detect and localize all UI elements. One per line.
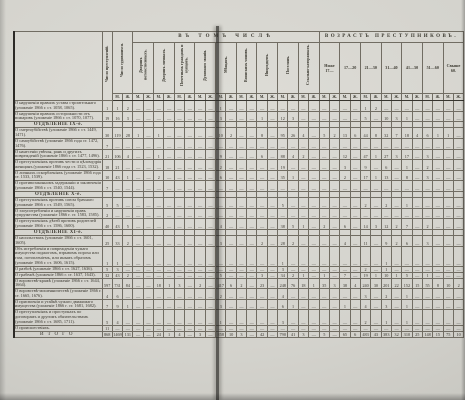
cell: — <box>298 198 308 209</box>
cell: 4 <box>123 149 133 160</box>
cell: — <box>123 160 133 171</box>
scanned-page: Число преступленій. Число судившихся. ВЪ… <box>0 0 465 400</box>
cell: 1 <box>371 149 381 160</box>
cell: — <box>309 149 320 160</box>
cell: 3 <box>422 170 432 181</box>
cell: — <box>143 170 153 181</box>
female-subcolumn-header: Ж. <box>350 94 360 101</box>
cell: — <box>236 138 246 149</box>
cell: 2 <box>381 289 391 300</box>
cell: — <box>350 310 360 325</box>
cell: — <box>112 208 122 219</box>
male-subcolumn-header: М. <box>278 94 288 101</box>
cell: — <box>133 160 143 171</box>
cell: 4 <box>278 289 288 300</box>
cell: — <box>381 208 391 219</box>
cell: — <box>267 219 277 230</box>
cell: 88 <box>278 149 288 160</box>
cell: 1 <box>381 310 391 325</box>
column-header-age: 41—50 <box>402 42 423 93</box>
header-top-row: Число преступленій. Число судившихся. ВЪ… <box>14 32 464 43</box>
cell: — <box>298 111 308 122</box>
cell: — <box>391 101 401 112</box>
cell: — <box>381 181 391 192</box>
cell: — <box>350 208 360 219</box>
cell: 3 <box>391 111 401 122</box>
cell: — <box>164 101 174 112</box>
cell: — <box>205 219 215 230</box>
cell: — <box>226 138 236 149</box>
cell: — <box>247 198 257 209</box>
cell: — <box>195 236 205 247</box>
cell: — <box>443 149 453 160</box>
cell: — <box>412 198 422 209</box>
cell: — <box>205 236 215 247</box>
column-header-class: Инородцевъ. <box>257 42 278 93</box>
cell: 6 <box>340 219 350 230</box>
cell: — <box>154 181 164 192</box>
cell: — <box>257 101 267 112</box>
cell: — <box>350 198 360 209</box>
cell: — <box>329 208 339 219</box>
cell: — <box>226 219 236 230</box>
cell: — <box>185 111 195 122</box>
cell: 3 <box>360 289 370 300</box>
cell: — <box>185 149 195 160</box>
cell: — <box>360 208 370 219</box>
cell: — <box>247 181 257 192</box>
total-row: ИТОГО8681469131——2414—3—858103—42—790413… <box>14 331 464 338</box>
cell: — <box>298 181 308 192</box>
col-header-num-tried: Число судившихся. <box>112 32 133 94</box>
cell: — <box>226 149 236 160</box>
cell: 152 <box>402 278 412 289</box>
total-cell: — <box>133 331 143 338</box>
cell: — <box>133 181 143 192</box>
cell: — <box>236 198 246 209</box>
page-fold-line <box>216 26 219 400</box>
cell: — <box>174 246 184 266</box>
cell: — <box>433 219 443 230</box>
total-cell: 383 <box>381 331 391 338</box>
cell: 11 <box>360 236 370 247</box>
cell: 27 <box>381 149 391 160</box>
cell: 2 <box>195 278 205 289</box>
cell: — <box>195 101 205 112</box>
column-header-age-label: Свыше 60. <box>446 63 460 73</box>
column-header-age: 31—40 <box>381 42 402 93</box>
cell: — <box>371 198 381 209</box>
table-row: О воровствѣ-кражѣ (уложеніе 1866 г. ст. … <box>14 278 464 289</box>
cell: — <box>226 310 236 325</box>
cell: — <box>236 149 246 160</box>
cell: 5 <box>102 310 112 325</box>
female-subcolumn-header: Ж. <box>164 94 174 101</box>
cell: — <box>133 101 143 112</box>
total-cell: 3 <box>195 331 205 338</box>
cell: — <box>278 181 288 192</box>
cell: — <box>257 138 267 149</box>
table-row: О противозаконномъ задержаніи и заключен… <box>14 181 464 192</box>
col-header-num-tried-label: Число судившихся. <box>120 32 125 88</box>
row-label: О воровствѣ-кражѣ (уложеніе 1866 г. ст. … <box>14 278 102 289</box>
cell: 1 <box>154 149 164 160</box>
cell: — <box>195 128 205 139</box>
cell: 3 <box>381 299 391 310</box>
cell: — <box>226 170 236 181</box>
row-label: О самоубійствѣ (уложеніе 1866 года ст. 1… <box>14 138 102 149</box>
cell: — <box>360 181 370 192</box>
cell: — <box>174 160 184 171</box>
total-cell: 1469 <box>112 331 122 338</box>
cell: — <box>443 208 453 219</box>
cell: — <box>185 101 195 112</box>
cell: 1 <box>154 128 164 139</box>
cell: — <box>247 246 257 266</box>
row-label: О разбоѣ (уложеніе 1866 г. ст. 1627, 163… <box>14 266 102 272</box>
cell: — <box>164 299 174 310</box>
cell: 5 <box>112 198 122 209</box>
cell: — <box>412 236 422 247</box>
cell: — <box>154 111 164 122</box>
cell: — <box>143 181 153 192</box>
row-label: О воровствѣ-мошенничествѣ (уложеніе 1866… <box>14 289 102 300</box>
cell: 8 <box>402 170 412 181</box>
total-cell: 10 <box>226 331 236 338</box>
cell: 28 <box>278 236 288 247</box>
statistics-table: Число преступленій. Число судившихся. ВЪ… <box>13 31 464 338</box>
cell: — <box>185 236 195 247</box>
cell: — <box>340 111 350 122</box>
cell: — <box>433 299 443 310</box>
cell: — <box>185 198 195 209</box>
group-header-classes: ВЪ ТОМЪ ЧИСЛѢ <box>133 32 319 43</box>
table-row: О нанесеніи увѣчья, ранъ и другихъ повре… <box>14 149 464 160</box>
cell: — <box>319 198 329 209</box>
cell: — <box>422 138 432 149</box>
cell: — <box>205 246 215 266</box>
cell: — <box>298 160 308 171</box>
cell: — <box>205 101 215 112</box>
col-header-num-crimes-label: Число преступленій. <box>105 36 110 92</box>
cell: — <box>185 170 195 181</box>
cell: — <box>195 181 205 192</box>
cell: — <box>309 101 320 112</box>
cell: 10 <box>102 170 112 181</box>
cell: — <box>433 101 443 112</box>
cell: — <box>174 128 184 139</box>
cell: — <box>236 246 246 266</box>
cell: — <box>257 170 267 181</box>
cell: — <box>236 170 246 181</box>
cell: — <box>174 170 184 181</box>
cell: — <box>257 198 267 209</box>
cell: 8 <box>433 278 443 289</box>
cell: — <box>288 246 298 266</box>
cell: — <box>329 138 339 149</box>
total-cell: 4 <box>174 331 184 338</box>
cell: — <box>433 160 443 171</box>
cell: — <box>143 236 153 247</box>
cell: — <box>443 299 453 310</box>
column-header-age: 17—20 <box>340 42 361 93</box>
cell: 2 <box>257 236 267 247</box>
total-cell: 131 <box>123 331 133 338</box>
cell: — <box>371 246 381 266</box>
cell: 1 <box>102 246 112 266</box>
cell: 33 <box>112 236 122 247</box>
cell: 5 <box>123 219 133 230</box>
cell: 18 <box>402 128 412 139</box>
cell: — <box>164 246 174 266</box>
total-label: ИТОГО <box>14 331 102 338</box>
cell: — <box>391 181 401 192</box>
cell: — <box>226 208 236 219</box>
cell: — <box>350 111 360 122</box>
cell: — <box>195 111 205 122</box>
cell: — <box>143 128 153 139</box>
cell: 30 <box>371 278 381 289</box>
cell: — <box>443 310 453 325</box>
cell: — <box>123 208 133 219</box>
cell: — <box>412 138 422 149</box>
cell: — <box>205 160 215 171</box>
cell: — <box>185 208 195 219</box>
cell: — <box>164 128 174 139</box>
cell: — <box>391 289 401 300</box>
cell: 2 <box>360 198 370 209</box>
cell: — <box>143 219 153 230</box>
cell: — <box>360 138 370 149</box>
cell: 95 <box>278 128 288 139</box>
cell: — <box>226 181 236 192</box>
cell: 1 <box>164 278 174 289</box>
cell: 6 <box>402 236 412 247</box>
total-cell: 483 <box>360 331 370 338</box>
cell: 16 <box>112 111 122 122</box>
cell: 9 <box>360 160 370 171</box>
cell: — <box>226 160 236 171</box>
cell: — <box>164 111 174 122</box>
cell: — <box>164 208 174 219</box>
cell: — <box>195 208 205 219</box>
cell: — <box>329 170 339 181</box>
cell: — <box>329 219 339 230</box>
cell: — <box>309 236 320 247</box>
cell: — <box>329 299 339 310</box>
cell: — <box>164 138 174 149</box>
cell: — <box>143 299 153 310</box>
cell: — <box>267 299 277 310</box>
cell: — <box>247 138 257 149</box>
cell: — <box>371 236 381 247</box>
cell: — <box>123 138 133 149</box>
cell: — <box>247 149 257 160</box>
cell: — <box>319 289 329 300</box>
cell: — <box>257 208 267 219</box>
cell: — <box>195 219 205 230</box>
cell: — <box>340 246 350 266</box>
total-cell: — <box>205 331 215 338</box>
cell: 8 <box>371 128 381 139</box>
cell: — <box>360 246 370 266</box>
cell: 40 <box>102 219 112 230</box>
cell: — <box>185 289 195 300</box>
cell: — <box>164 236 174 247</box>
female-subcolumn-header: Ж. <box>267 94 277 101</box>
cell: — <box>236 299 246 310</box>
cell: — <box>350 149 360 160</box>
cell: — <box>247 160 257 171</box>
cell: 106 <box>112 149 122 160</box>
cell: — <box>267 170 277 181</box>
female-subcolumn-header: Ж. <box>205 94 215 101</box>
cell: — <box>319 299 329 310</box>
cell: — <box>133 278 143 289</box>
cell: — <box>267 278 277 289</box>
cell: 1 <box>123 299 133 310</box>
cell: — <box>319 101 329 112</box>
cell: 2 <box>391 236 401 247</box>
column-header-class-label: Духовнаго званія. <box>203 44 208 86</box>
cell: — <box>236 101 246 112</box>
cell: — <box>422 101 432 112</box>
total-cell: — <box>309 331 320 338</box>
cell: — <box>433 138 443 149</box>
cell: 21 <box>112 160 122 171</box>
cell: — <box>298 310 308 325</box>
cell: — <box>319 208 329 219</box>
column-header-class-label: Дворянъ потомственныхъ. <box>139 44 148 86</box>
table-row: О нарушеніи правилъ устава строительнаго… <box>14 101 464 112</box>
cell: — <box>319 310 329 325</box>
column-header-class-label: Дворянъ личныхъ. <box>162 44 167 86</box>
total-cell: — <box>185 331 195 338</box>
row-label: О противозаконномъ задержаніи и заключен… <box>14 181 102 192</box>
cell: 35 <box>319 278 329 289</box>
cell: — <box>195 160 205 171</box>
cell: — <box>422 198 432 209</box>
cell: 1 <box>112 246 122 266</box>
cell: 2 <box>422 219 432 230</box>
table-row: О воровствѣ-мошенничествѣ (уложеніе 1866… <box>14 289 464 300</box>
cell: — <box>267 160 277 171</box>
cell: — <box>391 246 401 266</box>
cell: — <box>298 138 308 149</box>
cell: — <box>154 208 164 219</box>
cell: — <box>319 181 329 192</box>
cell: 12 <box>278 111 288 122</box>
column-header-age: 51—60 <box>422 42 443 93</box>
cell: — <box>412 289 422 300</box>
total-cell: — <box>247 331 257 338</box>
cell: — <box>133 299 143 310</box>
male-subcolumn-header: М. <box>381 94 391 101</box>
female-subcolumn-header: Ж. <box>329 94 339 101</box>
column-header-age-label: 21—30 <box>364 65 378 70</box>
cell: — <box>278 101 288 112</box>
cell: — <box>371 111 381 122</box>
cell: 3 <box>329 278 339 289</box>
cell: — <box>112 138 122 149</box>
cell: — <box>309 289 320 300</box>
cell: — <box>422 299 432 310</box>
cell: — <box>288 138 298 149</box>
cell: 6 <box>278 299 288 310</box>
cell: — <box>236 310 246 325</box>
cell: — <box>433 289 443 300</box>
cell: 1 <box>288 299 298 310</box>
column-header-age: 21—30 <box>360 42 381 93</box>
cell: 1 <box>360 101 370 112</box>
male-subcolumn-header: М. <box>133 94 143 101</box>
cell: — <box>433 208 443 219</box>
row-label: О насильствахъ (уложеніе 1866 г. ст. 160… <box>14 236 102 247</box>
cell: — <box>422 181 432 192</box>
row-label: О нанесеніи увѣчья, ранъ и другихъ повре… <box>14 149 102 160</box>
cell: 38 <box>278 219 288 230</box>
cell: — <box>309 299 320 310</box>
table-row: О преступленіяхъ противъ союза брачнаго … <box>14 198 464 209</box>
total-cell: 5 <box>319 331 329 338</box>
male-subcolumn-header: М. <box>443 94 453 101</box>
column-header-class: Почетныхъ гражданъ и купцовъ. <box>174 42 195 93</box>
cell: — <box>164 170 174 181</box>
cell: — <box>319 111 329 122</box>
cell: 2 <box>288 236 298 247</box>
cell: 4 <box>112 310 122 325</box>
cell: — <box>247 278 257 289</box>
cell: — <box>247 289 257 300</box>
cell: 5 <box>102 198 112 209</box>
cell: 6 <box>226 278 236 289</box>
cell: — <box>319 149 329 160</box>
cell: — <box>143 278 153 289</box>
cell: — <box>195 246 205 266</box>
cell: 2 <box>381 198 391 209</box>
cell: — <box>443 289 453 300</box>
cell: — <box>298 246 308 266</box>
total-cell: 32 <box>391 331 401 338</box>
cell: 7 <box>102 299 112 310</box>
row-label: О присвоеніи и утайкѣ чужаго движимаго и… <box>14 299 102 310</box>
row-label: О преступленіяхъ противъ союза брачнаго … <box>14 198 102 209</box>
cell: 1 <box>112 101 122 112</box>
cell: — <box>267 149 277 160</box>
column-header-age-label: 31—40 <box>384 65 398 70</box>
cell: — <box>350 289 360 300</box>
cell: 2 <box>123 101 133 112</box>
cell: — <box>247 111 257 122</box>
total-cell: 24 <box>154 331 164 338</box>
cell: 13 <box>381 170 391 181</box>
cell: — <box>422 111 432 122</box>
male-subcolumn-header: М. <box>174 94 184 101</box>
cell: 2 <box>422 160 432 171</box>
cell: — <box>205 310 215 325</box>
cell: 1 <box>402 310 412 325</box>
cell: — <box>443 181 453 192</box>
cell: — <box>185 310 195 325</box>
cell: — <box>247 219 257 230</box>
cell: — <box>185 138 195 149</box>
cell: — <box>422 289 432 300</box>
male-subcolumn-header: М. <box>422 94 432 101</box>
table-row: О смертоубійствѣ (уложеніе 1866 г. ст. 1… <box>14 128 464 139</box>
cell: — <box>154 289 164 300</box>
cell: — <box>236 208 246 219</box>
cell: 44 <box>360 128 370 139</box>
